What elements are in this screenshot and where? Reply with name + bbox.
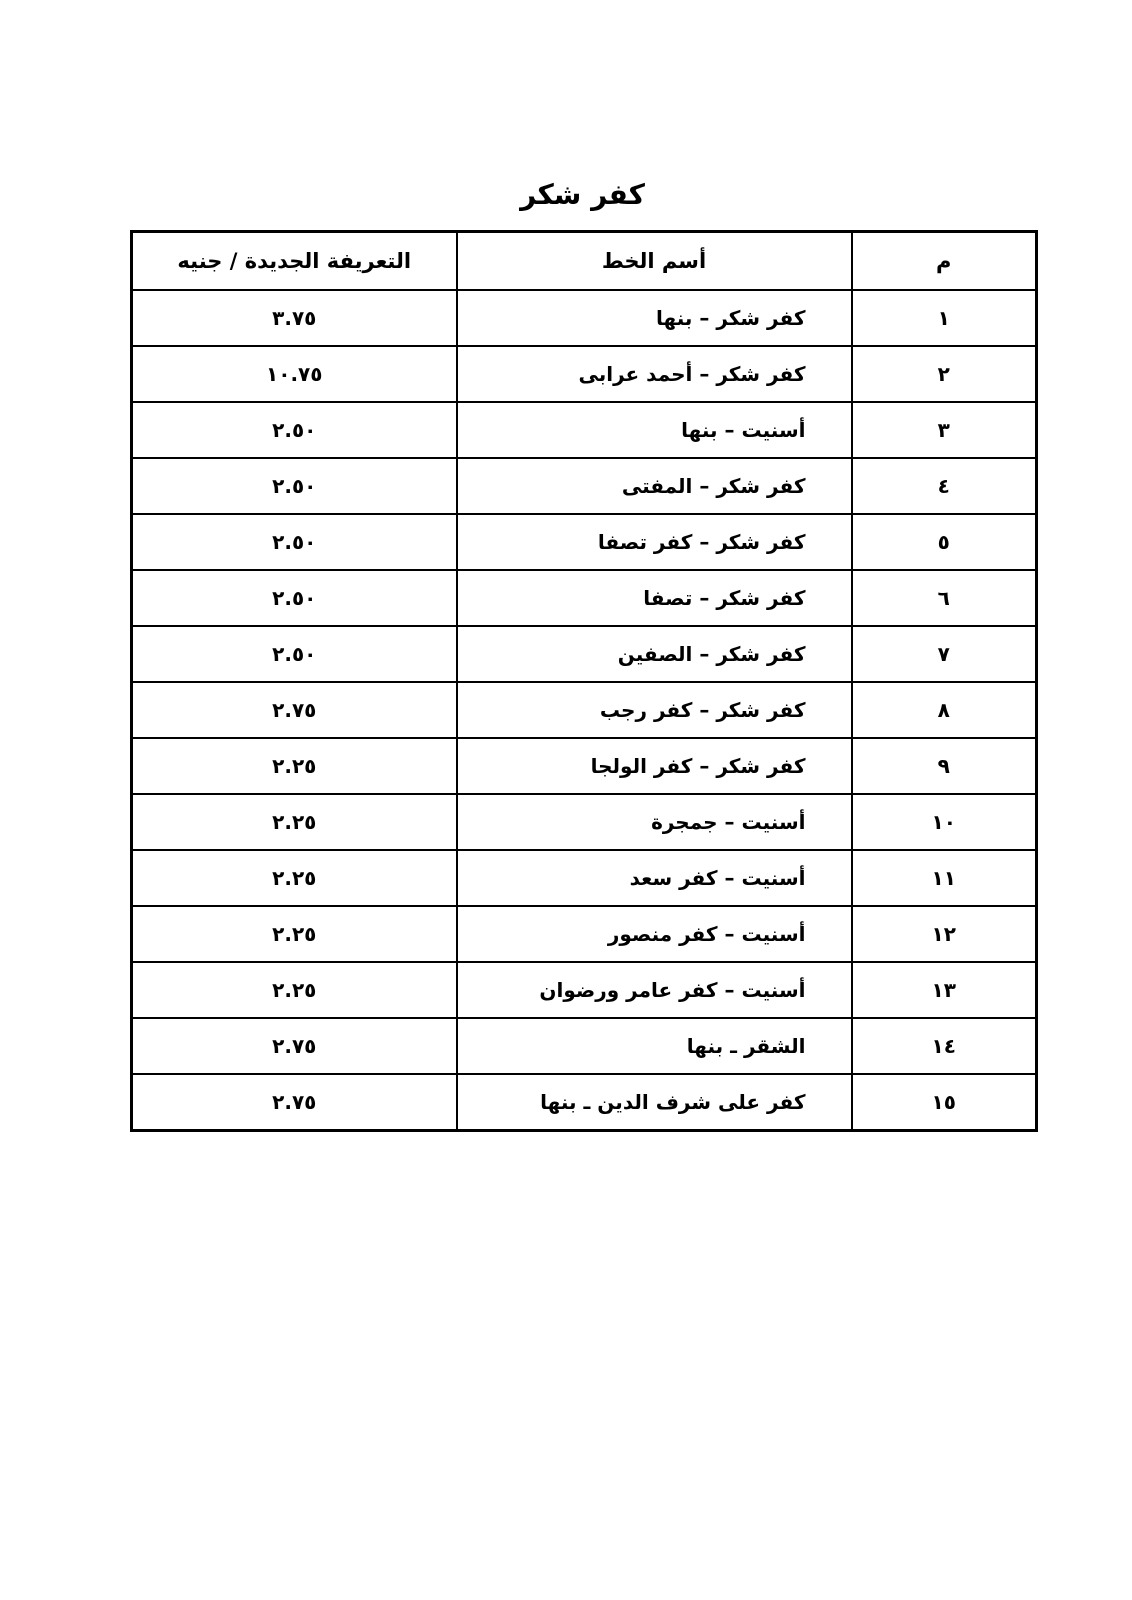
row-index: ١٢ (852, 906, 1037, 962)
table-row: ١٠ أسنيت – جمجرة ٢.٢٥ (132, 794, 1037, 850)
row-index: ١٤ (852, 1018, 1037, 1074)
row-route: أسنيت – كفر سعد (457, 850, 852, 906)
table-row: ٥ كفر شكر – كفر تصفا ٢.٥٠ (132, 514, 1037, 570)
header-route: أسم الخط (457, 232, 852, 291)
page-title: كفر شكر (520, 178, 645, 211)
row-tariff: ٢.٥٠ (132, 514, 457, 570)
row-route: أسنيت – بنها (457, 402, 852, 458)
row-route: أسنيت – جمجرة (457, 794, 852, 850)
row-tariff: ٢.٥٠ (132, 458, 457, 514)
table-row: ٩ كفر شكر – كفر الولجا ٢.٢٥ (132, 738, 1037, 794)
row-index: ٦ (852, 570, 1037, 626)
row-tariff: ٢.٢٥ (132, 906, 457, 962)
document-page: كفر شكر م أسم الخط التعريفة الجديدة / جن… (0, 0, 1132, 1600)
row-route: كفر شكر – كفر الولجا (457, 738, 852, 794)
row-route: كفر على شرف الدين ـ بنها (457, 1074, 852, 1131)
row-route: أسنيت – كفر عامر ورضوان (457, 962, 852, 1018)
row-tariff: ٢.٧٥ (132, 682, 457, 738)
row-index: ٤ (852, 458, 1037, 514)
row-index: ٣ (852, 402, 1037, 458)
row-route: كفر شكر – كفر رجب (457, 682, 852, 738)
row-tariff: ٢.٢٥ (132, 962, 457, 1018)
table-row: ١١ أسنيت – كفر سعد ٢.٢٥ (132, 850, 1037, 906)
row-index: ١٠ (852, 794, 1037, 850)
table-row: ٦ كفر شكر – تصفا ٢.٥٠ (132, 570, 1037, 626)
row-route: كفر شكر – الصفين (457, 626, 852, 682)
row-tariff: ١٠.٧٥ (132, 346, 457, 402)
row-route: أسنيت – كفر منصور (457, 906, 852, 962)
row-index: ٩ (852, 738, 1037, 794)
row-index: ٥ (852, 514, 1037, 570)
row-index: ٢ (852, 346, 1037, 402)
row-index: ١٥ (852, 1074, 1037, 1131)
row-tariff: ٢.٥٠ (132, 570, 457, 626)
table-row: ٢ كفر شكر – أحمد عرابى ١٠.٧٥ (132, 346, 1037, 402)
row-tariff: ٢.٢٥ (132, 738, 457, 794)
table-row: ١٣ أسنيت – كفر عامر ورضوان ٢.٢٥ (132, 962, 1037, 1018)
row-index: ٧ (852, 626, 1037, 682)
row-tariff: ٢.٢٥ (132, 850, 457, 906)
table-header-row: م أسم الخط التعريفة الجديدة / جنيه (132, 232, 1037, 291)
table-row: ٨ كفر شكر – كفر رجب ٢.٧٥ (132, 682, 1037, 738)
table-row: ٤ كفر شكر – المفتى ٢.٥٠ (132, 458, 1037, 514)
row-route: الشقر ـ بنها (457, 1018, 852, 1074)
row-route: كفر شكر – أحمد عرابى (457, 346, 852, 402)
row-index: ٨ (852, 682, 1037, 738)
table-row: ١ كفر شكر – بنها ٣.٧٥ (132, 290, 1037, 346)
row-tariff: ٢.٥٠ (132, 402, 457, 458)
header-tariff: التعريفة الجديدة / جنيه (132, 232, 457, 291)
row-tariff: ٢.٧٥ (132, 1018, 457, 1074)
row-index: ١١ (852, 850, 1037, 906)
row-route: كفر شكر – تصفا (457, 570, 852, 626)
row-tariff: ٣.٧٥ (132, 290, 457, 346)
fare-table: م أسم الخط التعريفة الجديدة / جنيه ١ كفر… (130, 230, 1038, 1132)
row-index: ١ (852, 290, 1037, 346)
title-container: كفر شكر (130, 178, 1035, 211)
row-route: كفر شكر – كفر تصفا (457, 514, 852, 570)
row-index: ١٣ (852, 962, 1037, 1018)
header-index: م (852, 232, 1037, 291)
table-row: ١٥ كفر على شرف الدين ـ بنها ٢.٧٥ (132, 1074, 1037, 1131)
table-row: ١٤ الشقر ـ بنها ٢.٧٥ (132, 1018, 1037, 1074)
row-tariff: ٢.٢٥ (132, 794, 457, 850)
row-route: كفر شكر – المفتى (457, 458, 852, 514)
row-tariff: ٢.٥٠ (132, 626, 457, 682)
table-row: ٣ أسنيت – بنها ٢.٥٠ (132, 402, 1037, 458)
row-tariff: ٢.٧٥ (132, 1074, 457, 1131)
table-row: ١٢ أسنيت – كفر منصور ٢.٢٥ (132, 906, 1037, 962)
table-row: ٧ كفر شكر – الصفين ٢.٥٠ (132, 626, 1037, 682)
row-route: كفر شكر – بنها (457, 290, 852, 346)
